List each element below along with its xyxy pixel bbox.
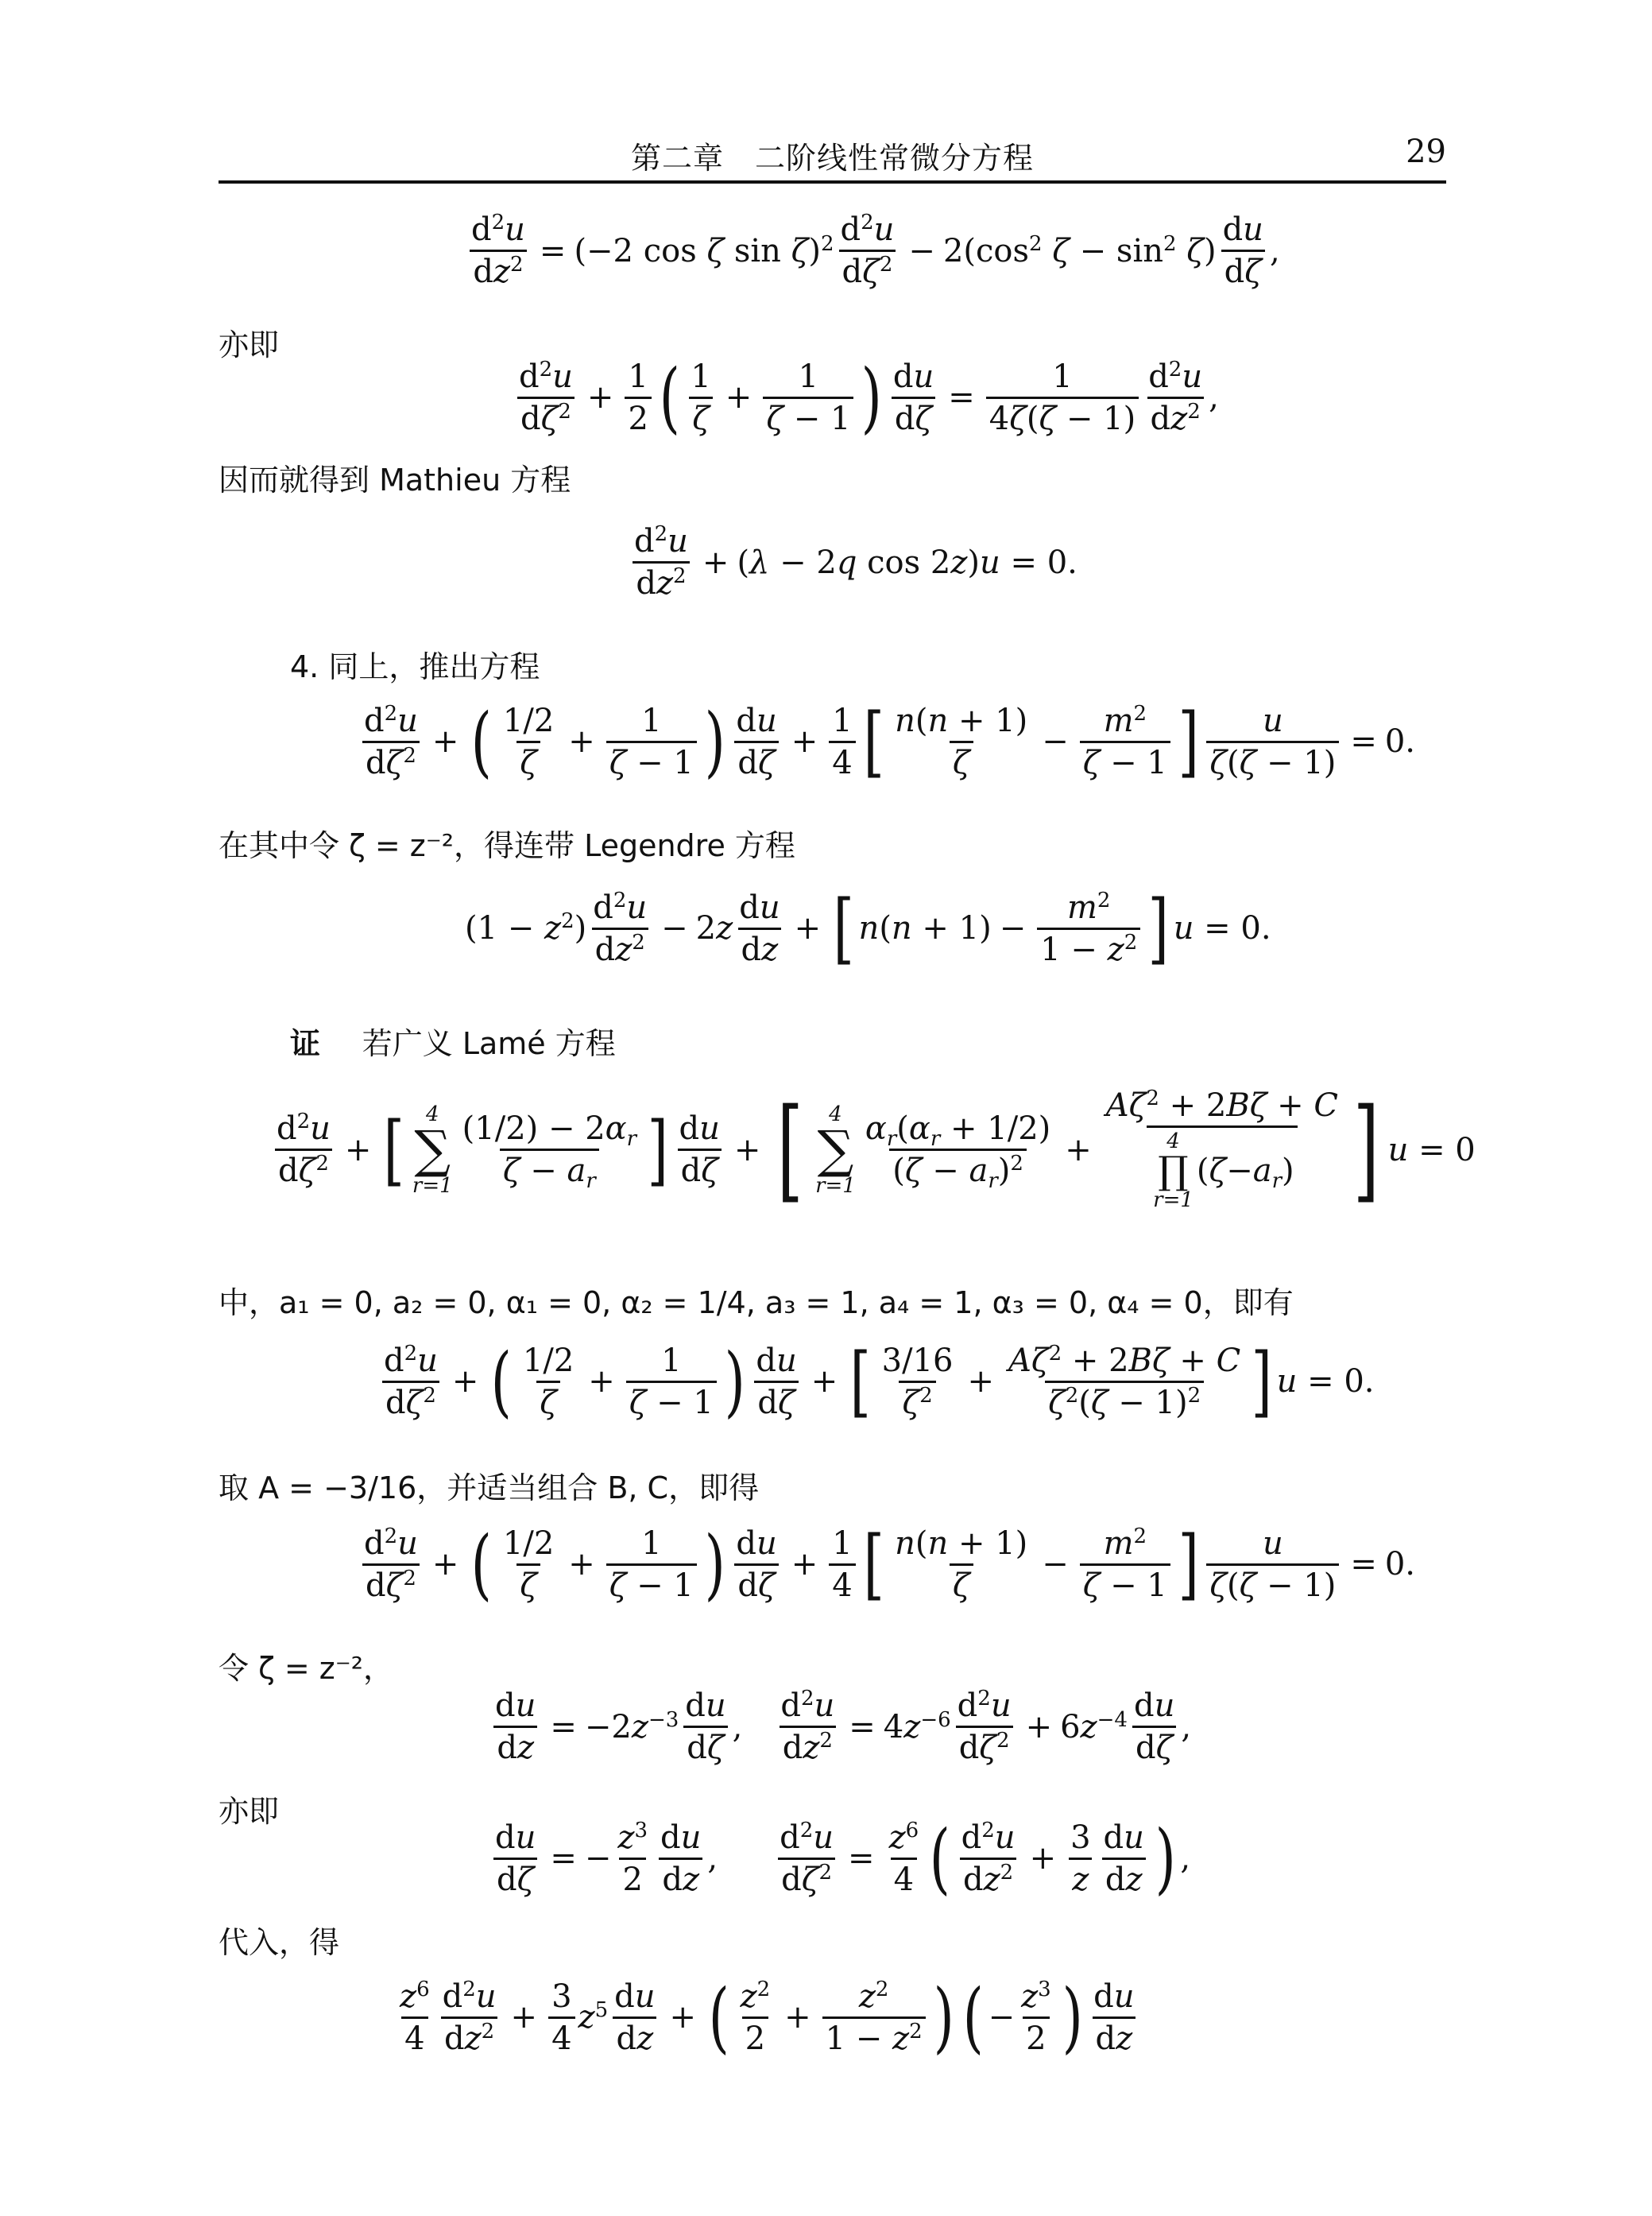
text-substitute: 代入，得 xyxy=(219,1927,339,1958)
equation-7: d2udζ2 + ( 1/2ζ + 1ζ − 1 ) dudζ + [ 3/16… xyxy=(377,1343,1375,1420)
equation-8: d2udζ2 + ( 1/2ζ + 1ζ − 1 ) dudζ + 14 [ n… xyxy=(358,1526,1415,1602)
equation-3-mathieu: d2udz2 + (λ − 2q cos 2z)u = 0. xyxy=(628,525,1077,600)
text-legendre-intro: 在其中令 ζ = z⁻²，得连带 Legendre 方程 xyxy=(219,831,795,861)
header-rule xyxy=(219,180,1446,184)
page-number: 29 xyxy=(1406,134,1446,170)
text-let-zeta: 令 ζ = z⁻²， xyxy=(219,1653,393,1683)
equation-10: dudζ =− z32 dudz, d2udζ2 = z64 ( d2udz2 … xyxy=(489,1820,1190,1896)
proof-label: 证 xyxy=(290,1026,320,1061)
text-yiji-2: 亦即 xyxy=(219,1796,279,1827)
equation-11: z64 d2udz2 + 34 z5 dudz + ( z22 + z21 − … xyxy=(393,1979,1141,2055)
proof-line: 证 若广义 Lamé 方程 xyxy=(290,1028,616,1060)
text-proof-intro: 若广义 Lamé 方程 xyxy=(362,1026,616,1061)
text-take-A: 取 A = −3/16，并适当组合 B, C，即得 xyxy=(219,1473,759,1503)
text-mathieu-intro: 因而就得到 Mathieu 方程 xyxy=(219,465,571,495)
textbook-page: 第二章 二阶线性常微分方程 29 d2udz2 = (−2 cos ζ sin … xyxy=(0,0,1652,2216)
chapter-title: 第二章 二阶线性常微分方程 xyxy=(219,134,1446,177)
equation-2: d2udζ2 + 12 ( 1ζ + 1ζ − 1 ) dudζ = 14ζ(ζ… xyxy=(513,359,1219,436)
text-yiji-1: 亦即 xyxy=(219,330,279,360)
running-header: 第二章 二阶线性常微分方程 29 xyxy=(219,134,1446,181)
text-item-4: 4. 同上，推出方程 xyxy=(290,652,540,682)
equation-5-legendre: (1 − z2) d2udz2 −2z dudz + [ n(n + 1) − … xyxy=(465,890,1271,967)
text-params: 中，a₁ = 0, a₂ = 0, α₁ = 0, α₂ = 1/4, a₃ =… xyxy=(219,1288,1294,1318)
equation-9: dudz =−2z−3 dudζ, d2udz2 =4z−6 d2udζ2 +6… xyxy=(489,1689,1191,1765)
equation-6-lame: d2udζ2 + [ 4∑r=1 (1/2) − 2αrζ − ar ] dud… xyxy=(270,1089,1476,1211)
equation-1: d2udz2 = (−2 cos ζ sin ζ)2 d2udζ2 − 2(co… xyxy=(465,213,1280,289)
equation-4: d2udζ2 + ( 1/2ζ + 1ζ − 1 ) dudζ + 14 [ n… xyxy=(358,703,1415,780)
